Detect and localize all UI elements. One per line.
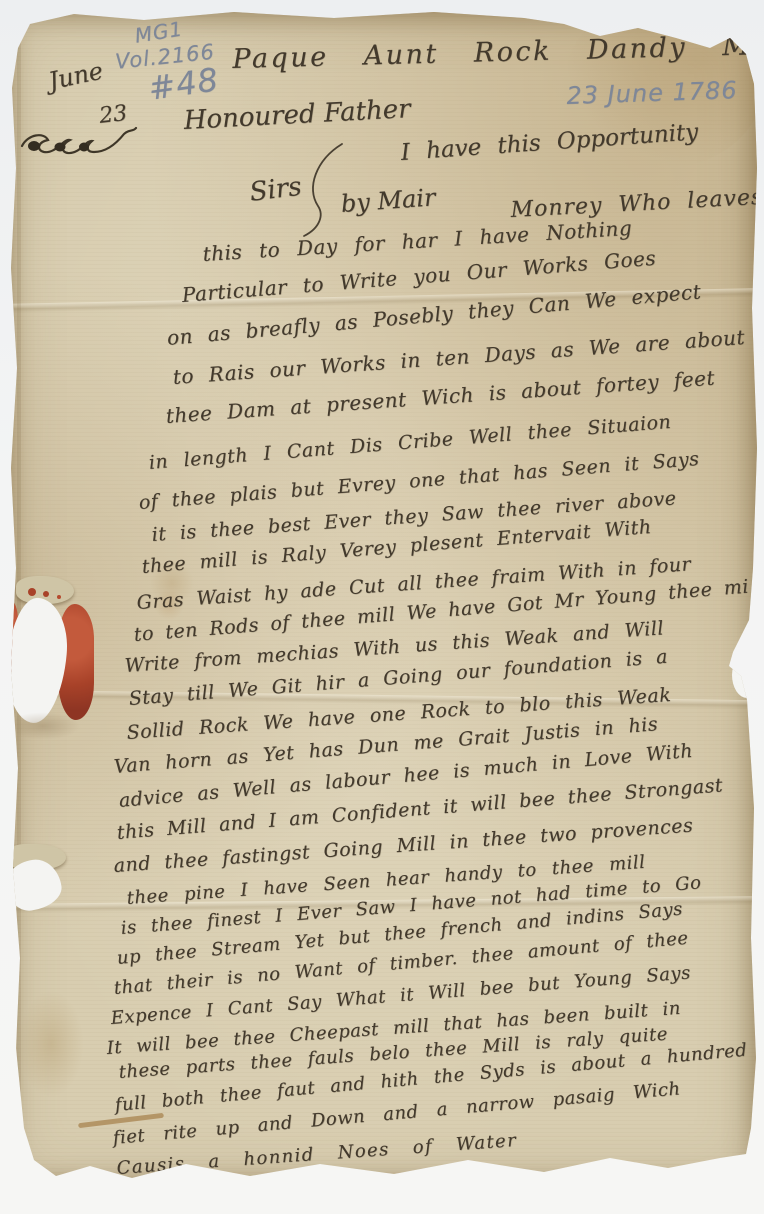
salutation: Honoured Father — [183, 94, 411, 136]
address-carrier: Monrey Who leaves — [510, 185, 764, 223]
pencil-annotation-item-number: #48 — [146, 60, 221, 107]
ink-flourish — [18, 126, 138, 162]
tear-shadow — [6, 712, 80, 740]
tear-hole — [3, 596, 72, 726]
pencil-annotation-date: 23 June 1786 — [566, 76, 738, 110]
tear-hole — [732, 652, 762, 698]
wax-seal-residue — [28, 588, 36, 596]
ink-date-month: June — [46, 57, 105, 96]
address-sir: Sirs — [248, 172, 303, 208]
ink-date-day: 23 — [98, 101, 128, 129]
letter-paper: MG1 Vol.2166 #48 23 June 1786 Paque Aunt… — [4, 8, 760, 1190]
scan-background: MG1 Vol.2166 #48 23 June 1786 Paque Aunt… — [0, 0, 764, 1214]
address-by: by Mair — [340, 183, 436, 218]
stain — [18, 990, 84, 1098]
